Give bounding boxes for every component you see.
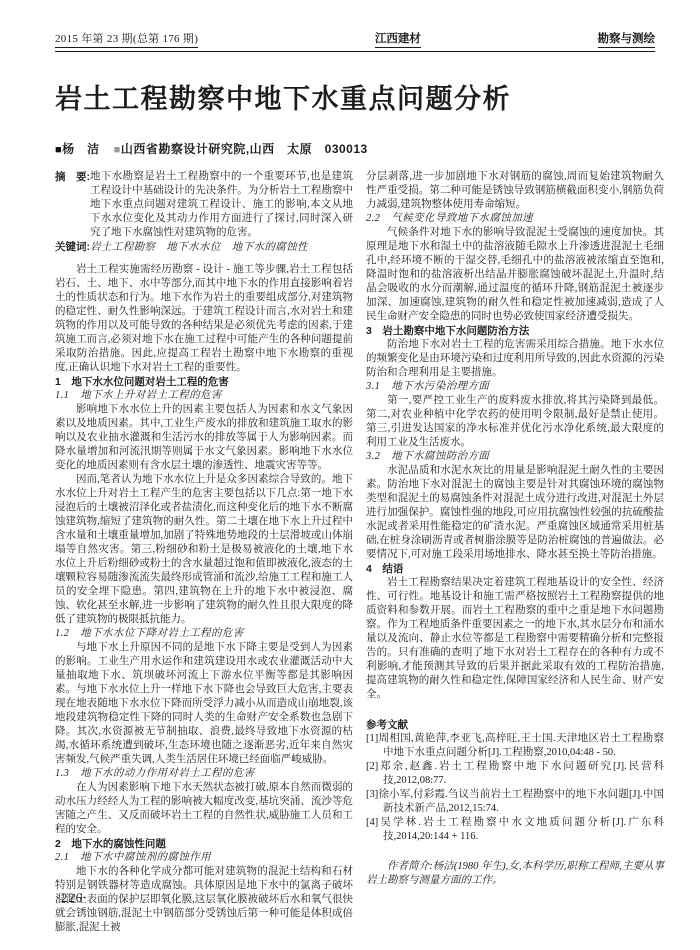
page-title: 岩土工程勘察中地下水重点问题分析 xyxy=(55,77,655,116)
section-3-2-heading: 3.2 地下水腐蚀防治方面 xyxy=(366,450,664,464)
section-1-1-paragraph-2: 因而,笔者认为地下水水位上升是众多因素综合导致的。地下水水位上升对岩土工程产生的… xyxy=(55,473,353,627)
section-1-3-heading: 1.3 地下水的动力作用对岩土工程的危害 xyxy=(55,767,353,781)
section-3-2-paragraph: 水泥品质和水泥水灰比的用量是影响混泥土耐久性的主要因素。防治地下水对混泥土的腐蚀… xyxy=(366,464,664,562)
section-4-heading: 4 结语 xyxy=(366,562,664,576)
section-1-2-paragraph: 与地下水上升原因不同的是地下水下降主要是受到人为因素的影响。工业生产用水运作和建… xyxy=(55,641,353,767)
references-heading: 参考文献 xyxy=(366,718,664,732)
keywords: 关键词:岩土工程勘察 地下水水位 地下水的腐蚀性 xyxy=(55,240,353,255)
keywords-label: 关键词: xyxy=(55,241,90,253)
section-2-1-heading: 2.1 地下水中腐蚀剂的腐蚀作用 xyxy=(55,851,353,865)
section-2-2-heading: 2.2 气候变化导致地下水腐蚀加速 xyxy=(366,212,664,226)
reference-item: [4]吴学林.岩土工程勘察中水文地质问题分析[J].广东科技,2014,20:1… xyxy=(366,816,664,844)
section-2-1-paragraph: 地下水的各种化学成分都可能对建筑物的混泥土结构和石材特别是钢铁器材等造成腐蚀。具… xyxy=(55,865,353,935)
keywords-text: 岩土工程勘察 地下水水位 地下水的腐蚀性 xyxy=(90,242,308,253)
section-3-paragraph: 防治地下水对岩土工程的危害需采用综合措施。地下水水位的频繁变化是由环境污染和过度… xyxy=(366,338,664,380)
issue-info: 2015 年第 23 期(总第 176 期) xyxy=(55,30,198,48)
section-2-2-paragraph: 气候条件对地下水的影响导致混泥土受腐蚀的速度加快。其原理是地下水和湿土中的盐溶液… xyxy=(366,226,664,324)
section-2-heading: 2 地下水的腐蚀性问题 xyxy=(55,837,353,851)
abstract-label: 摘 要: xyxy=(55,170,90,240)
journal-header: 2015 年第 23 期(总第 176 期) 江西建材 勘察与测绘 xyxy=(55,30,655,52)
section-1-1-paragraph-1: 影响地下水水位上升的因素主要包括人为因素和水文气象因素以及地质因素。其中,工业生… xyxy=(55,403,353,473)
journal-name: 江西建材 xyxy=(375,30,421,48)
author-line: ■杨 洁■山西省勘察设计研究院,山西 太原 030013 xyxy=(55,140,655,157)
abstract-text: 地下水勘察是岩土工程勘察中的一个重要环节,也是建筑工程设计中基础设计的先决条件。… xyxy=(90,170,353,240)
section-3-1-heading: 3.1 地下水污染治理方面 xyxy=(366,380,664,394)
section-1-3-paragraph: 在人为因素影响下地下水天然状态被打破,原本自然而微弱的动水压力经经人为工程的影响… xyxy=(55,781,353,837)
body-columns: 摘 要: 地下水勘察是岩土工程勘察中的一个重要环节,也是建筑工程设计中基础设计的… xyxy=(55,170,655,935)
left-column: 摘 要: 地下水勘察是岩土工程勘察中的一个重要环节,也是建筑工程设计中基础设计的… xyxy=(55,170,353,935)
reference-item: [1]周相国,黄艳萍,李亚飞,高梓旺,王士国.天津地区岩土工程勘察中地下水重点问… xyxy=(366,732,664,760)
page-number: ·226· xyxy=(56,891,88,906)
section-3-1-paragraph: 第一,要严控工业生产的废料废水排放,将其污染降到最低。第二,对农业种植中化学农药… xyxy=(366,394,664,450)
section-1-2-heading: 1.2 地下水水位下降对岩土工程的危害 xyxy=(55,627,353,641)
section-2-1-continuation: 分层剥落,进一步加剧地下水对钢筋的腐蚀,周而复始建筑物耐久性严重受损。第二种可能… xyxy=(366,170,664,212)
journal-page: 2015 年第 23 期(总第 176 期) 江西建材 勘察与测绘 岩土工程勘察… xyxy=(0,0,700,950)
right-column: 分层剥落,进一步加剧地下水对钢筋的腐蚀,周而复始建筑物耐久性严重受损。第二种可能… xyxy=(366,170,664,935)
author-bio: 作者简介:杨洁(1980 年生),女,本科学历,职称工程师,主要从事岩土勘察与测… xyxy=(366,860,664,888)
section-name: 勘察与测绘 xyxy=(598,30,656,48)
reference-item: [2]郑余,赵鑫.岩土工程勘察中地下水问题研究[J].民营科技,2012,08:… xyxy=(366,760,664,788)
section-1-1-heading: 1.1 地下水上升对岩土工程的危害 xyxy=(55,389,353,403)
section-3-heading: 3 岩土勘察中地下水问题防治方法 xyxy=(366,324,664,338)
author-affiliation: 山西省勘察设计研究院,山西 太原 030013 xyxy=(121,142,368,156)
section-4-paragraph: 岩土工程勘察结果决定着建筑工程地基设计的安全性、经济性、可行性。地基设计和施工需… xyxy=(366,576,664,702)
intro-paragraph: 岩土工程实施需经历勘察 - 设计 - 施工等步骤,岩土工程包括岩石、土、地下、水… xyxy=(55,263,353,375)
square-bullet-gray-icon: ■ xyxy=(114,144,121,156)
author-name: 杨 洁 xyxy=(62,142,100,156)
reference-item: [3]徐小军,付彩霞.刍议当前岩土工程勘察中的地下水问题[J].中国新技术新产品… xyxy=(366,788,664,816)
section-1-heading: 1 地下水水位问题对岩土工程的危害 xyxy=(55,375,353,389)
abstract: 摘 要: 地下水勘察是岩土工程勘察中的一个重要环节,也是建筑工程设计中基础设计的… xyxy=(55,170,353,240)
